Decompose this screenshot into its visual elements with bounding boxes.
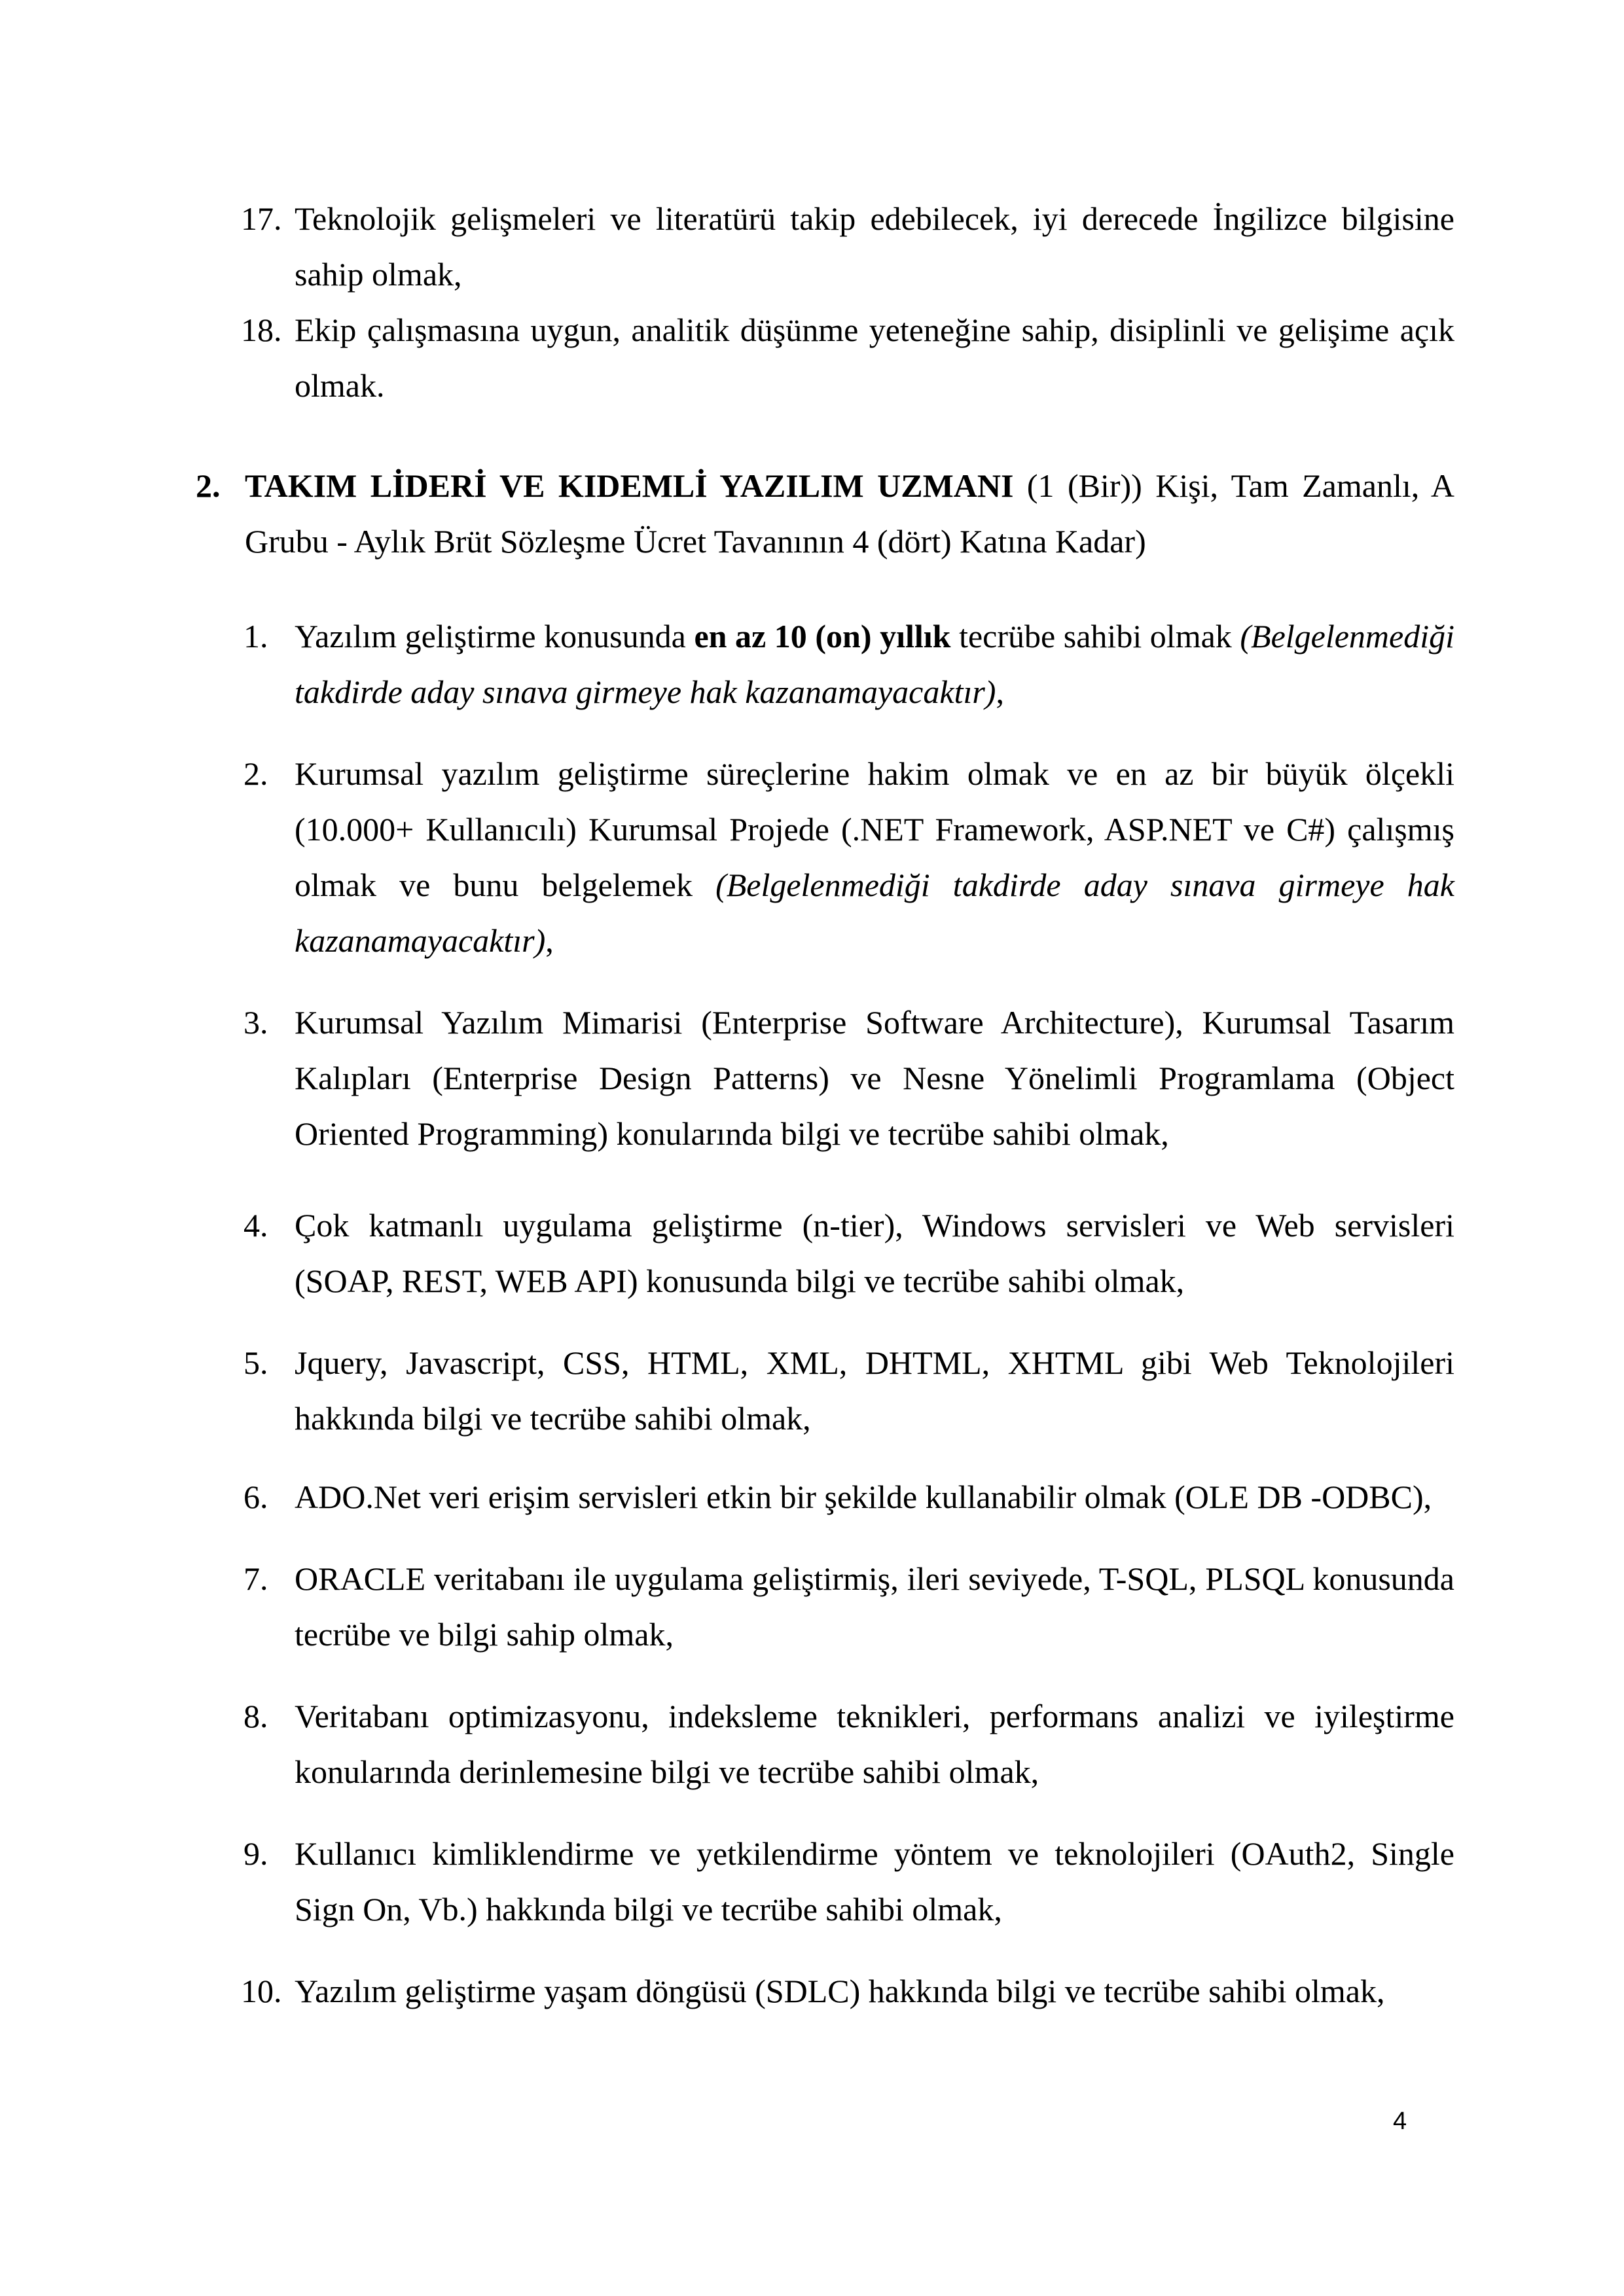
list-item: 18. Ekip çalışmasına uygun, analitik düş… (295, 302, 1454, 414)
requirement-item: 9.Kullanıcı kimliklendirme ve yetkilendi… (295, 1826, 1454, 1937)
requirement-item: 2.Kurumsal yazılım geliştirme süreçlerin… (295, 746, 1454, 969)
requirement-item: 4.Çok katmanlı uygulama geliştirme (n-ti… (295, 1198, 1454, 1309)
requirement-number: 4. (244, 1198, 268, 1253)
list-text: Teknolojik gelişmeleri ve literatürü tak… (295, 191, 1454, 302)
requirement-number: 5. (244, 1335, 268, 1391)
requirement-text: ORACLE veritabanı ile uygulama geliştirm… (295, 1551, 1454, 1662)
section-heading: 2. TAKIM LİDERİ VE KIDEMLİ YAZILIM UZMAN… (245, 458, 1454, 569)
requirement-number: 10. (241, 1964, 282, 2019)
requirement-text-end: , (545, 922, 554, 959)
requirement-text: Jquery, Javascript, CSS, HTML, XML, DHTM… (295, 1335, 1454, 1446)
requirement-text: Kurumsal Yazılım Mimarisi (Enterprise So… (295, 995, 1454, 1162)
requirement-number: 1. (244, 609, 268, 664)
requirement-text-pre: Veritabanı optimizasyonu, indeksleme tek… (295, 1698, 1454, 1790)
requirement-text-pre: ORACLE veritabanı ile uygulama geliştirm… (295, 1560, 1454, 1653)
requirement-text-post: tecrübe sahibi olmak (950, 618, 1240, 655)
section-number: 2. (196, 458, 221, 514)
document-page: 17. Teknolojik gelişmeleri ve literatürü… (0, 0, 1624, 2296)
requirement-number: 2. (244, 746, 268, 802)
requirement-text-pre: Kurumsal Yazılım Mimarisi (Enterprise So… (295, 1004, 1454, 1152)
requirement-text-bold: en az 10 (on) yıllık (694, 618, 950, 655)
requirement-text-end: , (996, 673, 1004, 710)
list-text: Ekip çalışmasına uygun, analitik düşünme… (295, 302, 1454, 414)
list-number: 17. (241, 191, 282, 247)
requirement-text: Veritabanı optimizasyonu, indeksleme tek… (295, 1689, 1454, 1800)
requirement-text-pre: Yazılım geliştirme konusunda (295, 618, 694, 655)
list-number: 18. (241, 302, 282, 358)
requirement-item: 5.Jquery, Javascript, CSS, HTML, XML, DH… (295, 1335, 1454, 1446)
section-title-bold: TAKIM LİDERİ VE KIDEMLİ YAZILIM UZMANI (245, 467, 1013, 504)
requirement-number: 9. (244, 1826, 268, 1882)
requirement-text-pre: Yazılım geliştirme yaşam döngüsü (SDLC) … (295, 1973, 1384, 2009)
requirement-text-pre: Çok katmanlı uygulama geliştirme (n-tier… (295, 1207, 1454, 1299)
requirement-text: Çok katmanlı uygulama geliştirme (n-tier… (295, 1198, 1454, 1309)
list-item: 17. Teknolojik gelişmeleri ve literatürü… (295, 191, 1454, 302)
requirement-text-pre: ADO.Net veri erişim servisleri etkin bir… (295, 1479, 1432, 1515)
requirement-number: 6. (244, 1469, 268, 1525)
requirement-item: 10.Yazılım geliştirme yaşam döngüsü (SDL… (295, 1964, 1454, 2019)
requirement-item: 1.Yazılım geliştirme konusunda en az 10 … (295, 609, 1454, 720)
requirement-text: Kurumsal yazılım geliştirme süreçlerine … (295, 746, 1454, 969)
requirement-text-pre: Kullanıcı kimliklendirme ve yetkilendirm… (295, 1835, 1454, 1928)
requirement-number: 3. (244, 995, 268, 1050)
requirement-text: Yazılım geliştirme konusunda en az 10 (o… (295, 609, 1454, 720)
requirement-text-pre: Jquery, Javascript, CSS, HTML, XML, DHTM… (295, 1344, 1454, 1437)
requirement-text: ADO.Net veri erişim servisleri etkin bir… (295, 1469, 1454, 1525)
page-number: 4 (1393, 2108, 1407, 2136)
requirement-text: Kullanıcı kimliklendirme ve yetkilendirm… (295, 1826, 1454, 1937)
requirement-item: 3.Kurumsal Yazılım Mimarisi (Enterprise … (295, 995, 1454, 1162)
requirement-number: 7. (244, 1551, 268, 1607)
requirement-item: 6.ADO.Net veri erişim servisleri etkin b… (295, 1469, 1454, 1525)
requirement-number: 8. (244, 1689, 268, 1744)
requirement-item: 7.ORACLE veritabanı ile uygulama gelişti… (295, 1551, 1454, 1662)
requirement-item: 8.Veritabanı optimizasyonu, indeksleme t… (295, 1689, 1454, 1800)
requirement-text: Yazılım geliştirme yaşam döngüsü (SDLC) … (295, 1964, 1454, 2019)
